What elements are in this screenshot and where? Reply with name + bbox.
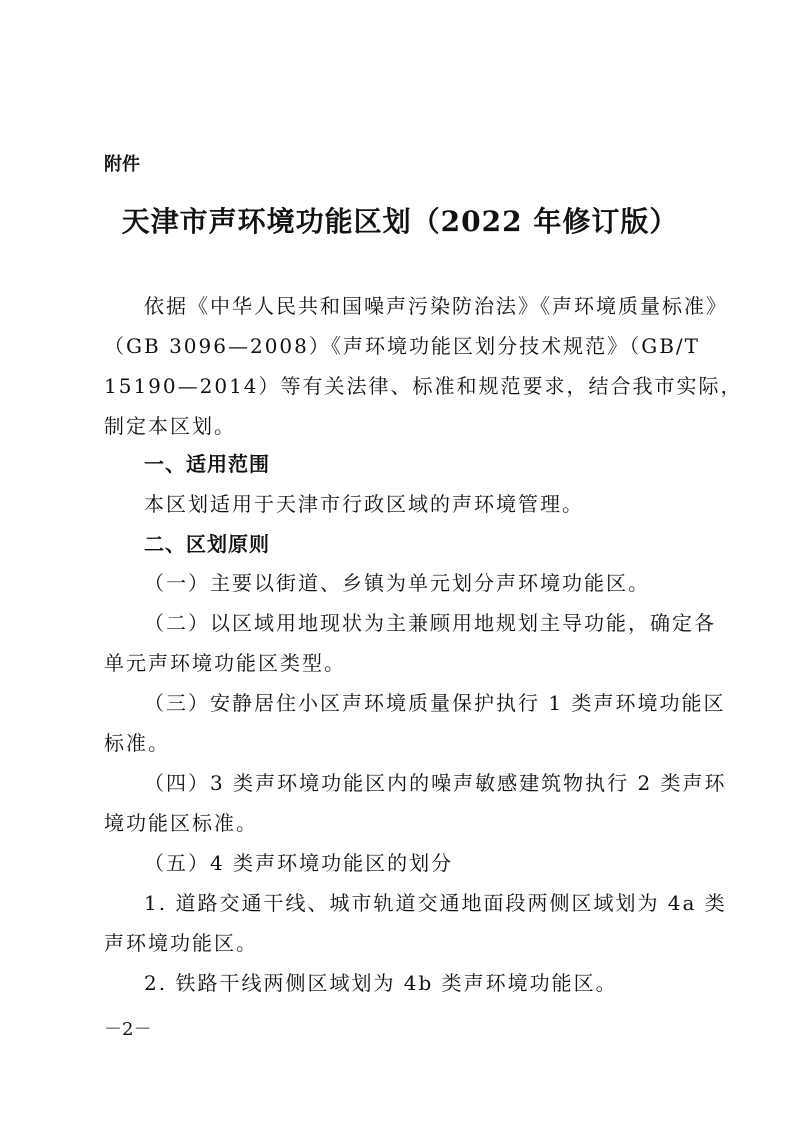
principle-1: （一）主要以街道、乡镇为单元划分声环境功能区。: [144, 567, 650, 596]
principle-5-1-line-2: 声环境功能区。: [104, 927, 258, 956]
intro-line-3: 15190—2014）等有关法律、标准和规范要求，结合我市实际，: [104, 370, 700, 399]
section-heading-principles: 二、区划原则: [144, 528, 270, 557]
principle-2-line-1: （二）以区域用地现状为主兼顾用地规划主导功能，确定各: [144, 607, 700, 636]
intro-line-4: 制定本区划。: [104, 410, 236, 439]
scope-text: 本区划适用于天津市行政区域的声环境管理。: [144, 488, 584, 517]
principle-4-line-1: （四）3 类声环境功能区内的噪声敏感建筑物执行 2 类声环: [144, 767, 700, 796]
intro-line-1: 依据《中华人民共和国噪声污染防治法》《声环境质量标准》: [144, 290, 700, 319]
document-title: 天津市声环境功能区划（2022 年修订版）: [0, 200, 800, 240]
section-heading-scope: 一、适用范围: [144, 448, 270, 477]
principle-5: （五）4 类声环境功能区的划分: [144, 847, 453, 876]
principle-3-line-2: 标准。: [104, 727, 170, 756]
document-page: 附件 天津市声环境功能区划（2022 年修订版） 依据《中华人民共和国噪声污染防…: [0, 0, 800, 1132]
principle-5-1-line-1: 1. 道路交通干线、城市轨道交通地面段两侧区域划为 4a 类: [144, 887, 700, 916]
principle-5-2: 2. 铁路干线两侧区域划为 4b 类声环境功能区。: [144, 967, 618, 996]
page-number: －2－: [104, 1015, 151, 1041]
principle-2-line-2: 单元声环境功能区类型。: [104, 647, 346, 676]
principle-4-line-2: 境功能区标准。: [104, 807, 258, 836]
principle-3-line-1: （三）安静居住小区声环境质量保护执行 1 类声环境功能区: [144, 687, 700, 716]
intro-line-2: （GB 3096—2008）《声环境功能区划分技术规范》（GB/T: [104, 330, 700, 359]
attachment-label: 附件: [104, 150, 140, 176]
